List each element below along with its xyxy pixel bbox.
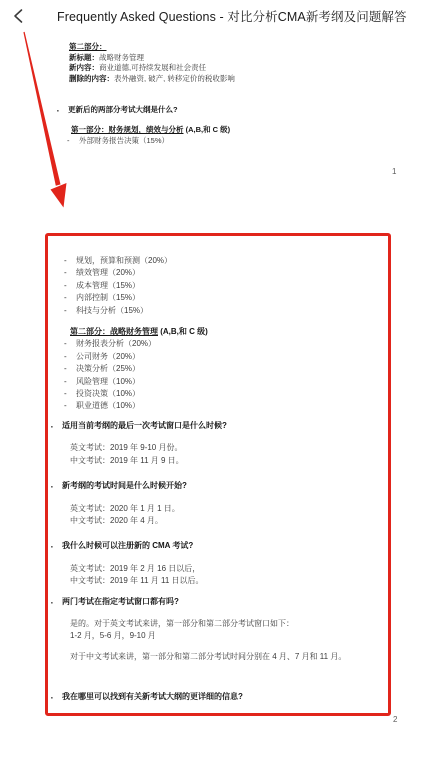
doc-line: 删除的内容：表外融资, 破产, 转移定价的税收影响 <box>44 74 404 85</box>
dash-marker: - <box>64 280 76 292</box>
doc-text: 风险管理（10%） <box>76 376 140 388</box>
doc-line: 第一部分：财务规划，绩效与分析 (A,B,和 C 级) <box>44 125 404 136</box>
bullet-icon: ▪ <box>51 482 62 494</box>
doc-line: 英文考试：2020 年 1 月 1 日。 <box>47 503 382 515</box>
document-title: Frequently Asked Questions - 对比分析CMA新考纲及… <box>57 7 432 25</box>
dash-marker: - <box>64 338 76 350</box>
doc-text: 删除的内容：表外融资, 破产, 转移定价的税收影响 <box>69 74 235 85</box>
doc-text: 新内容：商业道德,可持续发展和社会责任 <box>69 63 206 74</box>
doc-line: -财务报表分析（20%） <box>47 338 382 350</box>
doc-text: 规划，预算和预测（20%） <box>76 255 172 267</box>
doc-text: 财务报表分析（20%） <box>76 338 156 350</box>
doc-text: 对于中文考试来讲，第一部分和第二部分考试时间分别在 4 月、7 月和 11 月。 <box>70 651 346 663</box>
doc-text: 决策分析（25%） <box>76 363 140 375</box>
page-number-1: 1 <box>392 167 396 176</box>
doc-line: 对于中文考试来讲，第一部分和第二部分考试时间分别在 4 月、7 月和 11 月。 <box>47 651 382 663</box>
bullet-icon: ▪ <box>57 107 68 118</box>
document-viewer: Frequently Asked Questions - 对比分析CMA新考纲及… <box>0 0 446 782</box>
red-arrow-head <box>51 183 67 208</box>
doc-text: 第二部分：战略财务管理 (A,B,和 C 级) <box>70 326 208 338</box>
bullet-icon: ▪ <box>51 693 62 705</box>
doc-line: -风险管理（10%） <box>47 376 382 388</box>
doc-text: 科技与分析（15%） <box>76 305 148 317</box>
doc-text: 中文考试：2019 年 11 月 11 日以后。 <box>70 575 204 587</box>
doc-line: -绩效管理（20%） <box>47 267 382 279</box>
doc-line: 中文考试：2019 年 11 月 11 日以后。 <box>47 575 382 587</box>
doc-line: ▪两门考试在指定考试窗口都有吗? <box>47 596 382 608</box>
doc-text: 英文考试：2019 年 2 月 16 日以后， <box>70 563 200 575</box>
bullet-icon: ▪ <box>51 421 62 433</box>
doc-line: -外部财务报告决策（15%） <box>44 136 404 147</box>
doc-line: ▪适用当前考纲的最后一次考试窗口是什么时候? <box>47 420 382 432</box>
doc-line: 1-2 月，5-6 月，9-10 月 <box>47 630 382 642</box>
doc-line: -科技与分析（15%） <box>47 305 382 317</box>
doc-text: 外部财务报告决策（15%） <box>79 136 169 147</box>
doc-text: 英文考试：2020 年 1 月 1 日。 <box>70 503 180 515</box>
doc-text: 第二部分： <box>69 42 107 53</box>
bullet-icon: ▪ <box>51 542 62 554</box>
doc-text: 我在哪里可以找到有关新考试大纲的更详细的信息? <box>62 691 243 703</box>
page-2-content: -规划，预算和预测（20%）-绩效管理（20%）-成本管理（15%）-内部控制（… <box>47 255 382 704</box>
doc-line: 第二部分：战略财务管理 (A,B,和 C 级) <box>47 326 382 338</box>
doc-text: 公司财务（20%） <box>76 351 140 363</box>
doc-line: 新标题：战略财务管理 <box>44 53 404 64</box>
bullet-icon: ▪ <box>51 597 62 609</box>
chevron-left-icon <box>9 6 29 26</box>
doc-line: ▪更新后的两部分考试大纲是什么? <box>44 105 404 116</box>
doc-line: -决策分析（25%） <box>47 363 382 375</box>
dash-marker: - <box>64 376 76 388</box>
doc-line: -规划，预算和预测（20%） <box>47 255 382 267</box>
dash-marker: - <box>64 305 76 317</box>
doc-text: 中文考试：2020 年 4 月。 <box>70 515 163 527</box>
doc-line: 新内容：商业道德,可持续发展和社会责任 <box>44 63 404 74</box>
doc-line: 英文考试：2019 年 9-10 月份。 <box>47 442 382 454</box>
doc-text: 1-2 月，5-6 月，9-10 月 <box>70 630 156 642</box>
dash-marker: - <box>67 136 79 147</box>
doc-line: 中文考试：2020 年 4 月。 <box>47 515 382 527</box>
doc-line: ▪我什么时候可以注册新的 CMA 考试? <box>47 540 382 552</box>
doc-text: 职业道德（10%） <box>76 400 140 412</box>
dash-marker: - <box>64 400 76 412</box>
doc-text: 绩效管理（20%） <box>76 267 140 279</box>
doc-line: 第二部分： <box>44 42 404 53</box>
doc-line: -投资决策（10%） <box>47 388 382 400</box>
page-1-content: 第二部分：新标题：战略财务管理新内容：商业道德,可持续发展和社会责任删除的内容：… <box>44 42 404 146</box>
dash-marker: - <box>64 267 76 279</box>
doc-line: -职业道德（10%） <box>47 400 382 412</box>
doc-line: 是的。对于英文考试来讲，第一部分和第二部分考试窗口如下： <box>47 618 382 630</box>
doc-text: 投资决策（10%） <box>76 388 140 400</box>
doc-text: 适用当前考纲的最后一次考试窗口是什么时候? <box>62 420 227 432</box>
doc-line: ▪新考纲的考试时间是什么时候开始? <box>47 480 382 492</box>
doc-text: 新标题：战略财务管理 <box>69 53 144 64</box>
back-button[interactable] <box>6 3 32 29</box>
page-number-2: 2 <box>393 715 397 724</box>
doc-text: 新考纲的考试时间是什么时候开始? <box>62 480 187 492</box>
dash-marker: - <box>64 351 76 363</box>
header-bar: Frequently Asked Questions - 对比分析CMA新考纲及… <box>0 0 446 32</box>
dash-marker: - <box>64 255 76 267</box>
doc-text: 是的。对于英文考试来讲，第一部分和第二部分考试窗口如下： <box>70 618 294 630</box>
doc-line: -成本管理（15%） <box>47 280 382 292</box>
doc-line: 中文考试：2019 年 11 月 9 日。 <box>47 455 382 467</box>
doc-text: 中文考试：2019 年 11 月 9 日。 <box>70 455 184 467</box>
doc-text: 两门考试在指定考试窗口都有吗? <box>62 596 179 608</box>
dash-marker: - <box>64 388 76 400</box>
doc-text: 更新后的两部分考试大纲是什么? <box>68 105 178 116</box>
doc-text: 我什么时候可以注册新的 CMA 考试? <box>62 540 193 552</box>
doc-text: 成本管理（15%） <box>76 280 140 292</box>
doc-line: -内部控制（15%） <box>47 292 382 304</box>
doc-text: 英文考试：2019 年 9-10 月份。 <box>70 442 182 454</box>
doc-line: 英文考试：2019 年 2 月 16 日以后， <box>47 563 382 575</box>
dash-marker: - <box>64 292 76 304</box>
doc-line: ▪我在哪里可以找到有关新考试大纲的更详细的信息? <box>47 691 382 703</box>
doc-text: 内部控制（15%） <box>76 292 140 304</box>
doc-line: -公司财务（20%） <box>47 351 382 363</box>
doc-text: 第一部分：财务规划，绩效与分析 (A,B,和 C 级) <box>71 125 230 136</box>
dash-marker: - <box>64 363 76 375</box>
